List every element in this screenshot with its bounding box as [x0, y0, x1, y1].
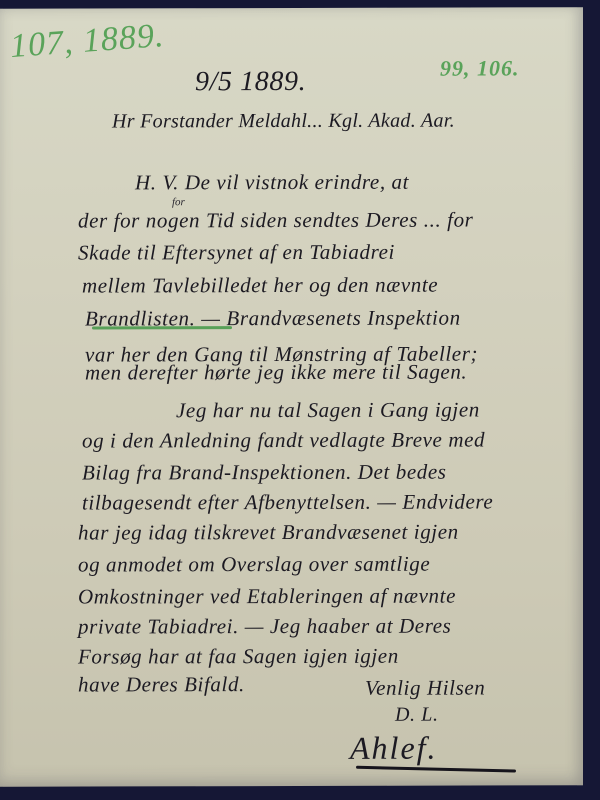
letter-addressee: Hr Forstander Meldahl... Kgl. Akad. Aar.: [112, 110, 455, 134]
body-line-14: Omkostninger ved Etableringen af nævnte: [78, 584, 456, 609]
letter-paper: 107, 1889. 99, 106. 9/5 1889. Hr Forstan…: [0, 7, 583, 787]
body-line-9: og i den Anledning fandt vedlagte Breve …: [82, 427, 485, 452]
body-line-12: har jeg idag tilskrevet Brandvæsenet igj…: [78, 520, 459, 545]
page-background: 107, 1889. 99, 106. 9/5 1889. Hr Forstan…: [0, 0, 600, 800]
insertion-mark: for: [172, 196, 185, 208]
closing-salutation: Venlig Hilsen: [365, 675, 485, 700]
body-line-17: have Deres Bifald.: [78, 672, 245, 696]
body-line-15: private Tabiadrei. — Jeg haaber at Deres: [78, 614, 451, 639]
green-underline-brandlisten: [92, 326, 232, 329]
body-line-10: Bilag fra Brand-Inspektionen. Det bedes: [82, 460, 447, 485]
body-line-16: Forsøg har at faa Sagen igjen igjen: [78, 644, 399, 669]
archive-number: 107, 1889.: [9, 17, 166, 66]
reference-number: 99, 106.: [440, 55, 520, 81]
body-line-8: Jeg har nu tal Sagen i Gang igjen: [176, 398, 480, 423]
body-line-1: H. V. De vil vistnok erindre, at: [135, 170, 409, 195]
body-line-4: mellem Tavlebilledet her og den nævnte: [82, 273, 438, 298]
body-line-2: der for nogen Tid siden sendtes Deres ..…: [78, 208, 473, 233]
body-line-7: men derefter hørte jeg ikke mere til Sag…: [85, 360, 467, 385]
body-line-3: Skade til Eftersynet af en Tabiadrei: [78, 240, 395, 265]
closing-initials: D. L.: [395, 704, 439, 727]
signature-underline: [356, 766, 516, 773]
body-line-13: og anmodet om Overslag over samtlige: [78, 552, 430, 577]
letter-date: 9/5 1889.: [195, 66, 306, 98]
body-line-11: tilbagesendt efter Afbenyttelsen. — Endv…: [82, 489, 493, 514]
signature: Ahlef.: [350, 730, 438, 767]
